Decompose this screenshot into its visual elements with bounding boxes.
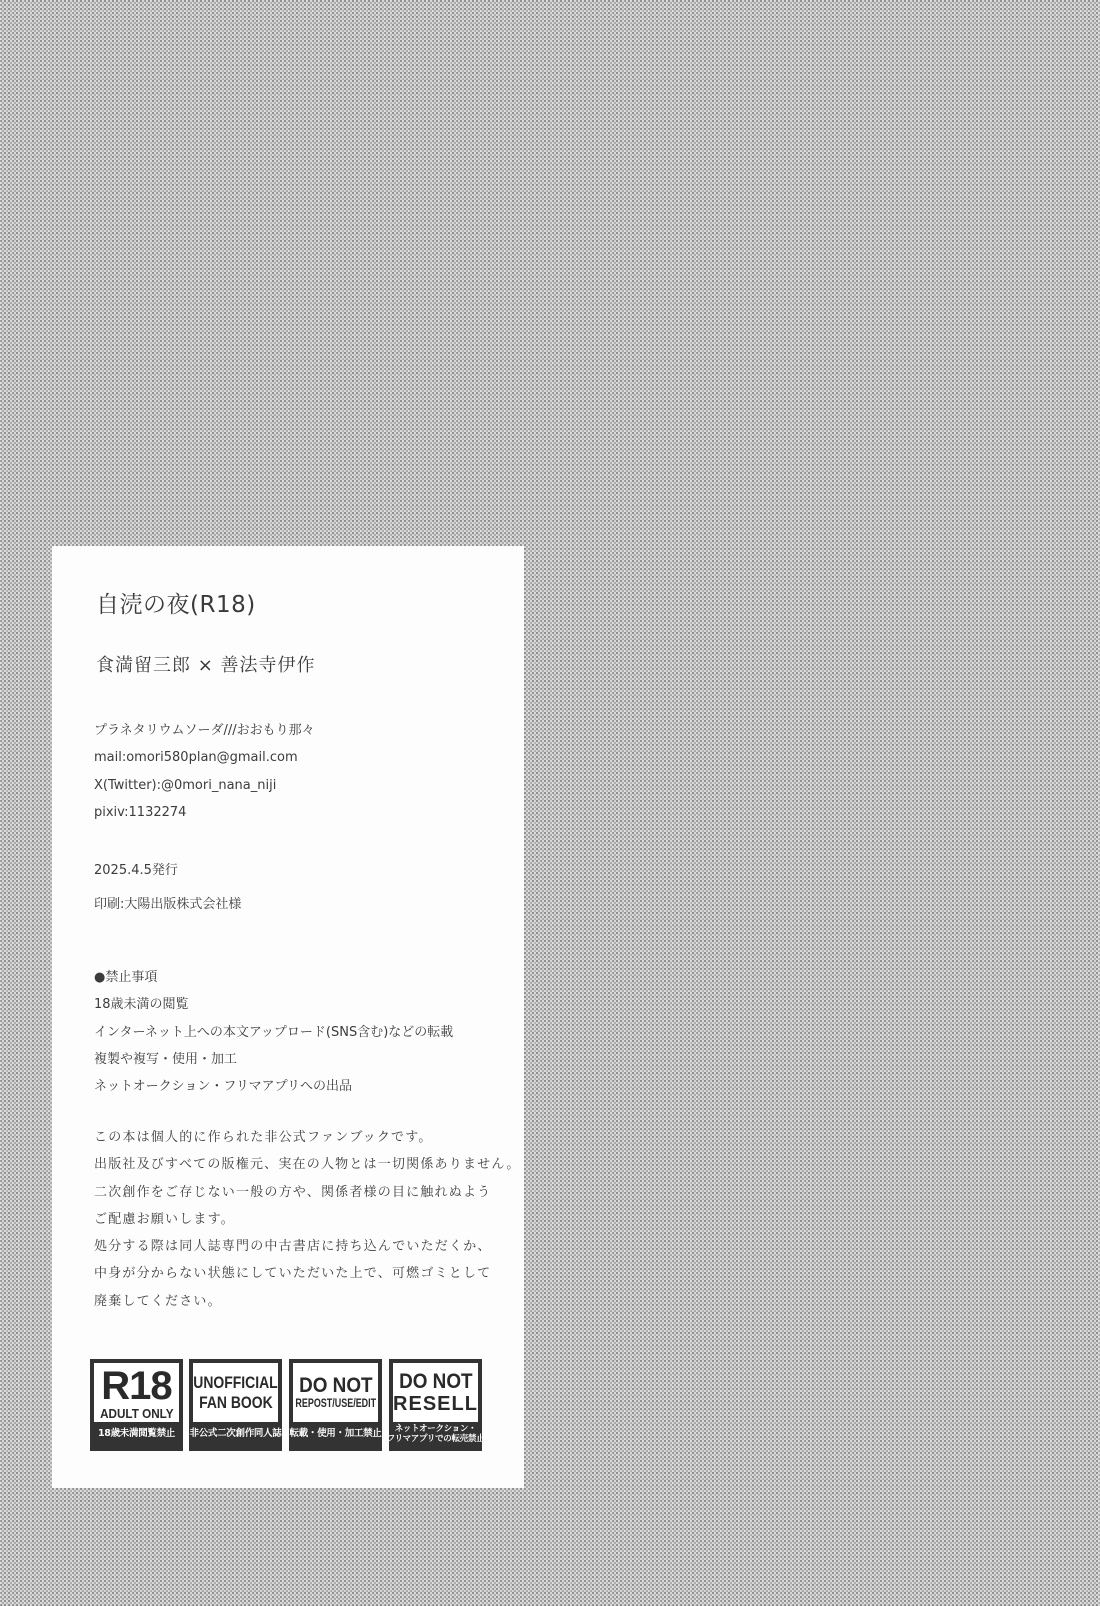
- badge-footer: 18歳未満閲覧禁止: [94, 1422, 179, 1447]
- author-twitter: X(Twitter):@0mori_nana_niji: [94, 772, 315, 799]
- disclaimer-notice: この本は個人的に作られた非公式ファンブックです。 出版社及びすべての版権元、実在…: [94, 1124, 521, 1315]
- prohibited-item: インターネット上への本文アップロード(SNS含む)などの転載: [94, 1019, 453, 1046]
- badge-sub: FAN BOOK: [199, 1394, 273, 1411]
- notice-line: ご配慮お願いします。: [94, 1206, 521, 1233]
- badge-main: UNOFFICIAL: [193, 1374, 277, 1391]
- circle-name: プラネタリウムソーダ///おおもり那々: [94, 717, 315, 744]
- notice-line: この本は個人的に作られた非公式ファンブックです。: [94, 1124, 521, 1151]
- badge-footer: 転載・使用・加工禁止: [293, 1422, 378, 1447]
- prohibited-item: ネットオークション・フリマアプリへの出品: [94, 1073, 453, 1100]
- notice-line: 二次創作をご存じない一般の方や、関係者様の目に触れぬよう: [94, 1179, 521, 1206]
- badge-footer: ネットオークション・ フリマアプリでの転売禁止: [393, 1422, 478, 1447]
- badge-main: DO NOT: [399, 1371, 473, 1392]
- printer-block: 印刷:大陽出版株式会社様: [94, 891, 241, 918]
- badge-footer: 非公式二次創作同人誌: [193, 1422, 278, 1447]
- notice-line: 処分する際は同人誌専門の中古書店に持ち込んでいただくか、: [94, 1233, 521, 1260]
- notice-line: 廃棄してください。: [94, 1288, 521, 1315]
- no-repost-badge: DO NOT REPOST/USE/EDIT 転載・使用・加工禁止: [289, 1359, 382, 1451]
- badge-sub: RESELL: [393, 1394, 478, 1414]
- author-credits: プラネタリウムソーダ///おおもり那々 mail:omori580plan@gm…: [94, 717, 315, 826]
- unofficial-badge: UNOFFICIAL FAN BOOK 非公式二次創作同人誌: [189, 1359, 282, 1451]
- prohibited-heading: ●禁止事項: [94, 964, 453, 991]
- badge-sub: ADULT ONLY: [100, 1407, 173, 1420]
- prohibited-items: ●禁止事項 18歳未満の閲覧 インターネット上への本文アップロード(SNS含む)…: [94, 964, 453, 1100]
- warning-badges: R18 ADULT ONLY 18歳未満閲覧禁止 UNOFFICIAL FAN …: [90, 1359, 490, 1451]
- author-email: mail:omori580plan@gmail.com: [94, 744, 315, 771]
- prohibited-item: 複製や複写・使用・加工: [94, 1046, 453, 1073]
- colophon-panel: 自涜の夜(R18) 食満留三郎 × 善法寺伊作 プラネタリウムソーダ///おおも…: [52, 546, 524, 1488]
- r18-badge: R18 ADULT ONLY 18歳未満閲覧禁止: [90, 1359, 183, 1451]
- publication-date: 2025.4.5発行: [94, 857, 178, 884]
- printer-name: 印刷:大陽出版株式会社様: [94, 891, 241, 918]
- notice-line: 出版社及びすべての版権元、実在の人物とは一切関係ありません。: [94, 1151, 521, 1178]
- author-pixiv: pixiv:1132274: [94, 799, 315, 826]
- no-resell-badge: DO NOT RESELL ネットオークション・ フリマアプリでの転売禁止: [389, 1359, 482, 1451]
- book-title: 自涜の夜(R18): [96, 586, 256, 619]
- badge-main: DO NOT: [299, 1375, 373, 1396]
- prohibited-item: 18歳未満の閲覧: [94, 991, 453, 1018]
- badge-main: R18: [101, 1366, 171, 1406]
- notice-line: 中身が分からない状態にしていただいた上で、可燃ゴミとして: [94, 1260, 521, 1287]
- character-pairing: 食満留三郎 × 善法寺伊作: [96, 651, 316, 677]
- badge-footer-line: フリマアプリでの転売禁止: [387, 1435, 485, 1445]
- publication-date-block: 2025.4.5発行: [94, 857, 178, 884]
- badge-sub: REPOST/USE/EDIT: [295, 1399, 376, 1411]
